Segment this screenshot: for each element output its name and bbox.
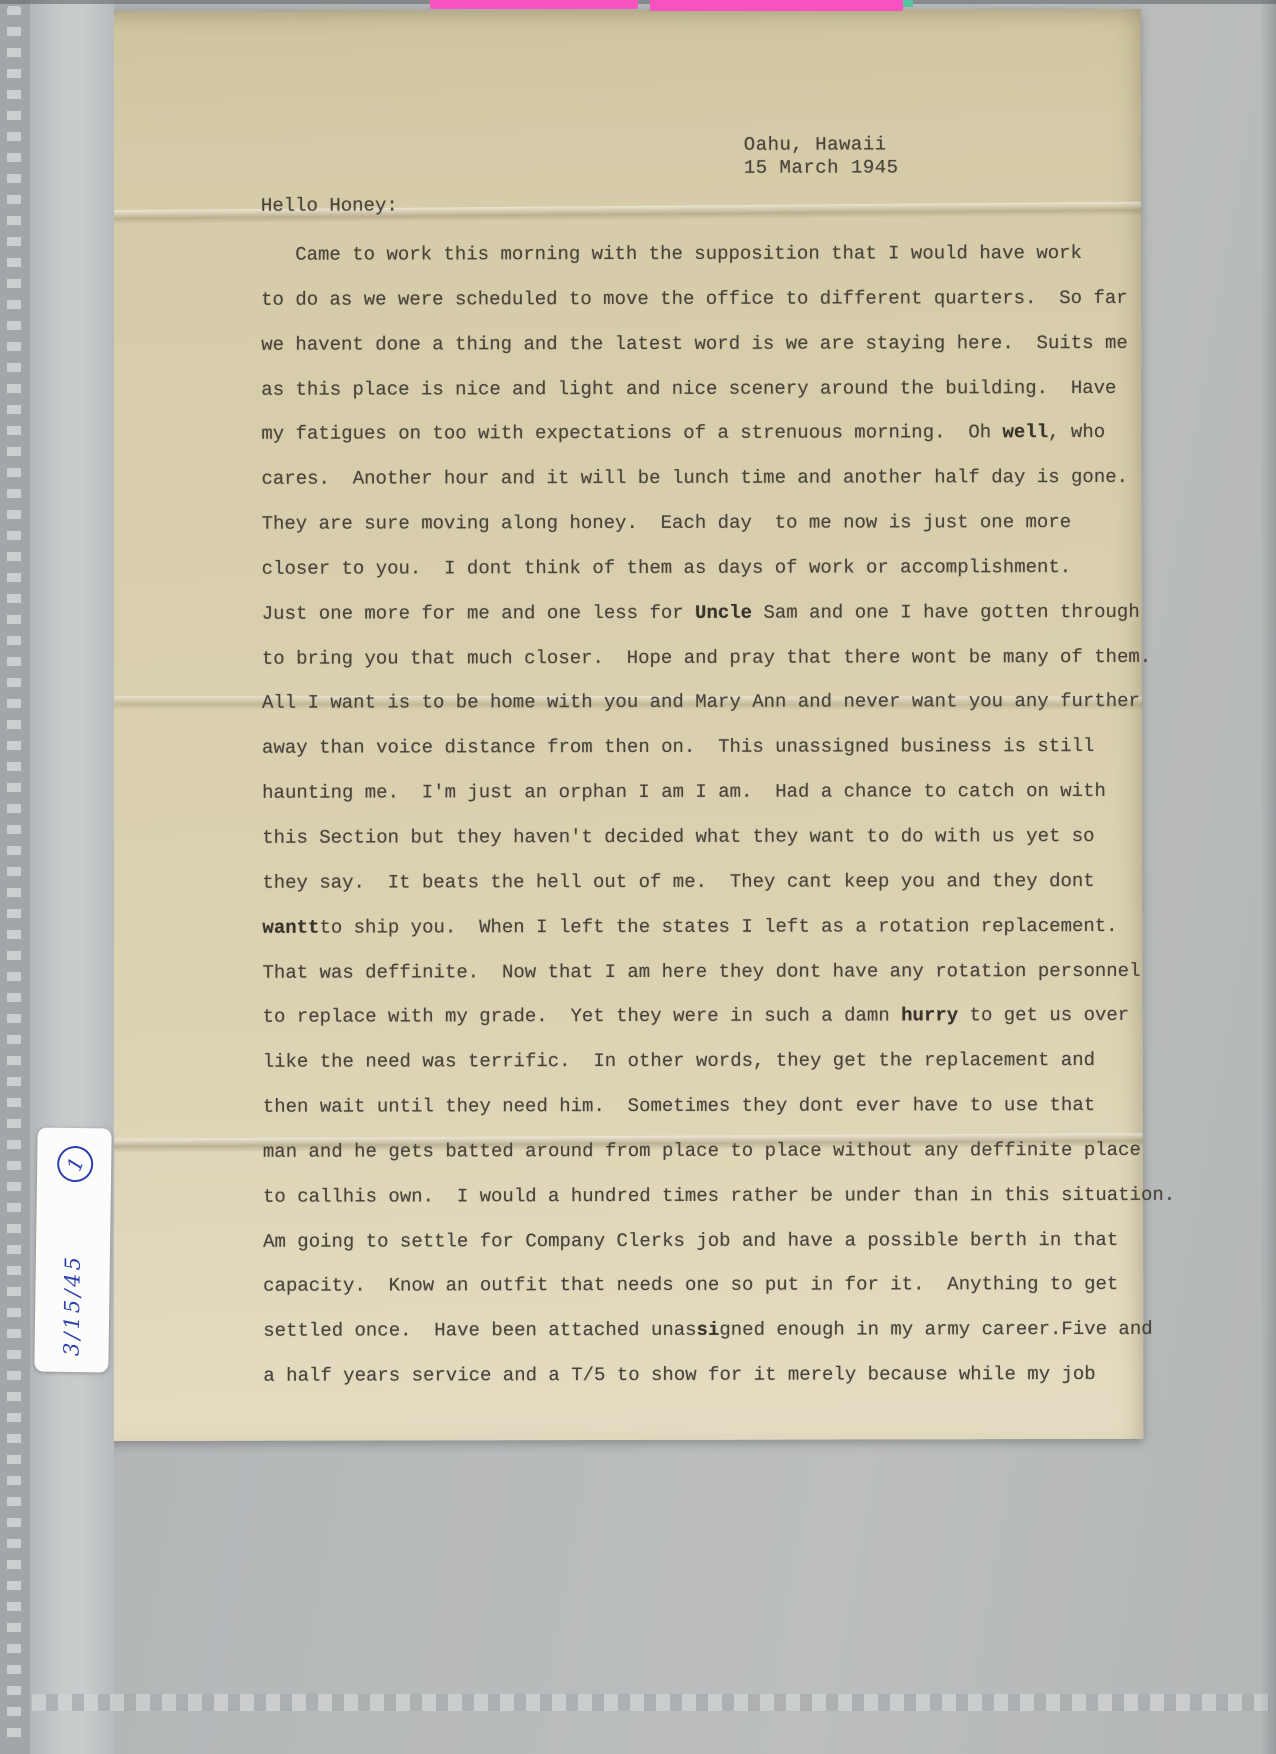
letter-line: Am going to settle for Company Clerks jo… bbox=[263, 1217, 1163, 1264]
letter-line: wanttto ship you. When I left the states… bbox=[262, 904, 1162, 951]
letter-line: a half years service and a T/5 to show f… bbox=[263, 1352, 1163, 1399]
letter-line: They are sure moving along honey. Each d… bbox=[262, 500, 1162, 547]
letter-line: to callhis own. I would a hundred times … bbox=[263, 1173, 1163, 1220]
letter-line: to do as we were scheduled to move the o… bbox=[261, 276, 1161, 323]
letter-line: capacity. Know an outfit that needs one … bbox=[263, 1262, 1163, 1309]
label-handwritten-date: 3/15/45 bbox=[60, 1200, 86, 1356]
letter-line: away than voice distance from then on. T… bbox=[262, 724, 1162, 771]
paper-fold-crease-top bbox=[97, 202, 1141, 225]
label-circled-number: 1 bbox=[52, 1141, 98, 1187]
binder-holes-strip bbox=[0, 0, 30, 1754]
archival-label: 1 3/15/45 bbox=[34, 1127, 111, 1372]
letter-line: All I want is to be home with you and Ma… bbox=[262, 679, 1162, 726]
letter-line: Came to work this morning with the suppo… bbox=[261, 231, 1161, 278]
sleeve-top-pink-edge-right bbox=[650, 0, 903, 11]
sleeve-top-pink-edge-left bbox=[430, 0, 638, 9]
letter-body: Came to work this morning with the suppo… bbox=[261, 231, 1163, 1399]
letter-line: then wait until they need him. Sometimes… bbox=[263, 1083, 1163, 1130]
letter-line: they say. It beats the hell out of me. T… bbox=[262, 859, 1162, 906]
letter-line: to bring you that much closer. Hope and … bbox=[262, 634, 1162, 681]
letter-line: settled once. Have been attached unassig… bbox=[263, 1307, 1163, 1354]
letter-dateline: Oahu, Hawaii 15 March 1945 bbox=[744, 133, 899, 179]
letter-line: my fatigues on too with expectations of … bbox=[261, 410, 1161, 457]
letter-line: like the need was terrific. In other wor… bbox=[263, 1038, 1163, 1085]
letter-line: this Section but they haven't decided wh… bbox=[262, 814, 1162, 861]
sleeve-reinforced-edge bbox=[30, 0, 114, 1754]
letter-line: That was deffinite. Now that I am here t… bbox=[262, 948, 1162, 995]
letter-greeting: Hello Honey: bbox=[261, 194, 398, 216]
letter-line: man and he gets batted around from place… bbox=[263, 1128, 1163, 1175]
letter-line: Just one more for me and one less for Un… bbox=[262, 590, 1162, 637]
letter-line: haunting me. I'm just an orphan I am I a… bbox=[262, 769, 1162, 816]
sleeve-bottom-seam bbox=[32, 1694, 1270, 1711]
letter-paper: Oahu, Hawaii 15 March 1945 Hello Honey: … bbox=[97, 9, 1144, 1441]
scanned-letter-page: Oahu, Hawaii 15 March 1945 Hello Honey: … bbox=[0, 0, 1276, 1754]
letter-line: as this place is nice and light and nice… bbox=[261, 365, 1161, 412]
sleeve-top-green-mark bbox=[903, 0, 913, 7]
letter-line: we havent done a thing and the latest wo… bbox=[261, 321, 1161, 368]
letter-place: Oahu, Hawaii bbox=[744, 133, 899, 156]
letter-line: closer to you. I dont think of them as d… bbox=[262, 545, 1162, 592]
letter-date: 15 March 1945 bbox=[744, 156, 899, 179]
letter-line: to replace with my grade. Yet they were … bbox=[263, 993, 1163, 1040]
letter-line: cares. Another hour and it will be lunch… bbox=[261, 455, 1161, 502]
